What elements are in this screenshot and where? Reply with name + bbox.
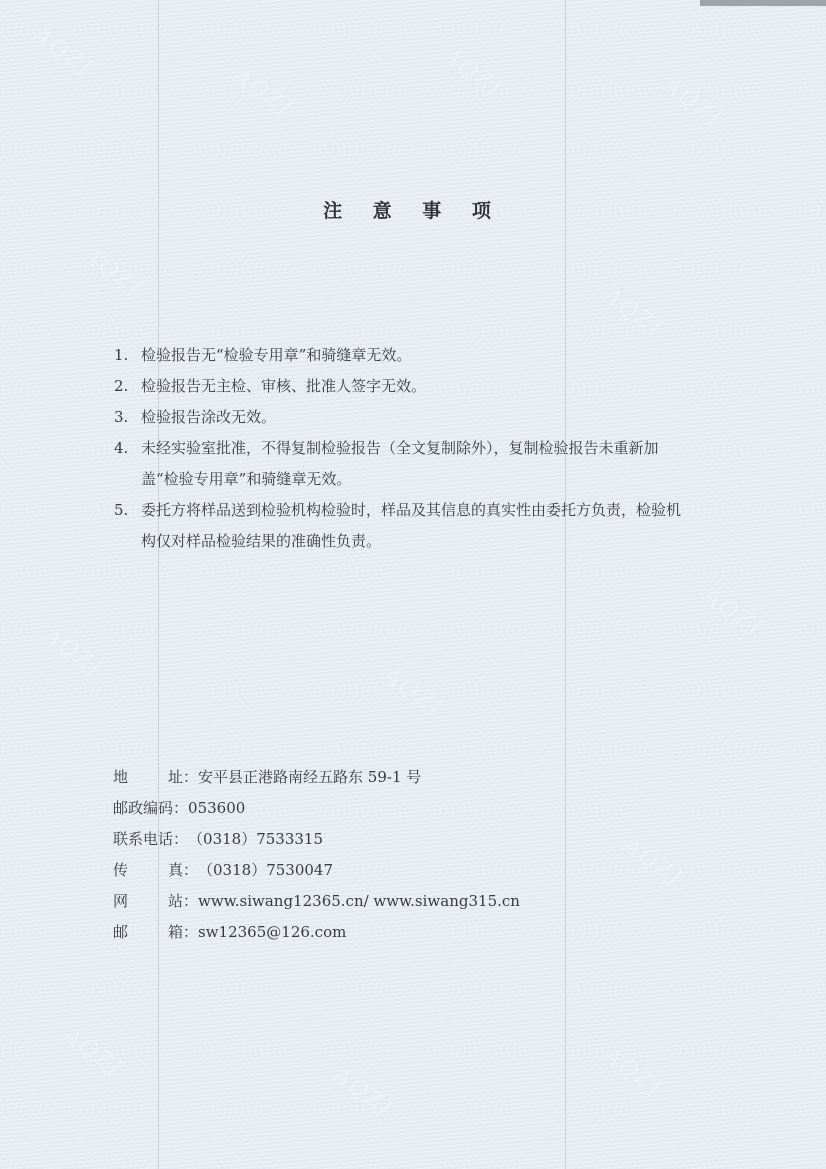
notes-list: 1. 检验报告无“检验专用章”和骑缝章无效。 2. 检验报告无主检、审核、批准人… <box>114 340 714 557</box>
label-separator: ： <box>183 886 198 917</box>
note-number: 1. <box>114 340 141 371</box>
note-item: 5. 委托方将样品送到检验机构检验时，样品及其信息的真实性由委托方负责，检验机构… <box>114 495 692 557</box>
website-value[interactable]: www.siwang12365.cn/ www.siwang315.cn <box>198 886 520 917</box>
label-separator: ： <box>183 855 198 886</box>
fax-row: 传 真 ： （0318）7530047 <box>113 855 520 886</box>
address-value: 安平县正港路南经五路东 59-1 号 <box>198 762 421 793</box>
note-text: 未经实验室批准，不得复制检验报告（全文复制除外），复制检验报告未重新加盖“检验专… <box>141 433 692 495</box>
paper-background <box>0 0 826 1169</box>
postcode-value: 053600 <box>188 793 245 824</box>
fax-value: （0318）7530047 <box>198 855 333 886</box>
note-item: 4. 未经实验室批准，不得复制检验报告（全文复制除外），复制检验报告未重新加盖“… <box>114 433 692 495</box>
phone-label: 联系电话 <box>113 824 173 855</box>
address-row: 地 址 ： 安平县正港路南经五路东 59-1 号 <box>113 762 520 793</box>
email-row: 邮 箱 ： sw12365@126.com <box>113 917 520 948</box>
fax-label: 传 真 <box>113 855 183 886</box>
contact-info: 地 址 ： 安平县正港路南经五路东 59-1 号 邮政编码 ： 053600 联… <box>113 762 520 948</box>
scan-edge <box>700 0 826 6</box>
label-separator: ： <box>173 793 188 824</box>
address-label: 地 址 <box>113 762 183 793</box>
note-text: 检验报告无主检、审核、批准人签字无效。 <box>141 371 714 402</box>
postcode-label: 邮政编码 <box>113 793 173 824</box>
fold-line <box>565 0 566 1169</box>
note-number: 3. <box>114 402 141 433</box>
note-text: 检验报告涂改无效。 <box>141 402 714 433</box>
email-value[interactable]: sw12365@126.com <box>198 917 346 948</box>
postcode-row: 邮政编码 ： 053600 <box>113 793 520 824</box>
note-number: 2. <box>114 371 141 402</box>
label-separator: ： <box>183 917 198 948</box>
website-row: 网 站 ： www.siwang12365.cn/ www.siwang315.… <box>113 886 520 917</box>
note-item: 2. 检验报告无主检、审核、批准人签字无效。 <box>114 371 714 402</box>
phone-row: 联系电话 ： （0318）7533315 <box>113 824 520 855</box>
note-number: 5. <box>114 495 141 557</box>
website-label: 网 站 <box>113 886 183 917</box>
note-text: 检验报告无“检验专用章”和骑缝章无效。 <box>141 340 714 371</box>
page-title: 注 意 事 项 <box>0 196 826 223</box>
note-item: 3. 检验报告涂改无效。 <box>114 402 714 433</box>
label-separator: ： <box>183 762 198 793</box>
label-separator: ： <box>173 824 188 855</box>
note-item: 1. 检验报告无“检验专用章”和骑缝章无效。 <box>114 340 714 371</box>
fold-line <box>158 0 159 1169</box>
note-number: 4. <box>114 433 141 495</box>
email-label: 邮 箱 <box>113 917 183 948</box>
note-text: 委托方将样品送到检验机构检验时，样品及其信息的真实性由委托方负责，检验机构仅对样… <box>141 495 692 557</box>
phone-value: （0318）7533315 <box>188 824 323 855</box>
